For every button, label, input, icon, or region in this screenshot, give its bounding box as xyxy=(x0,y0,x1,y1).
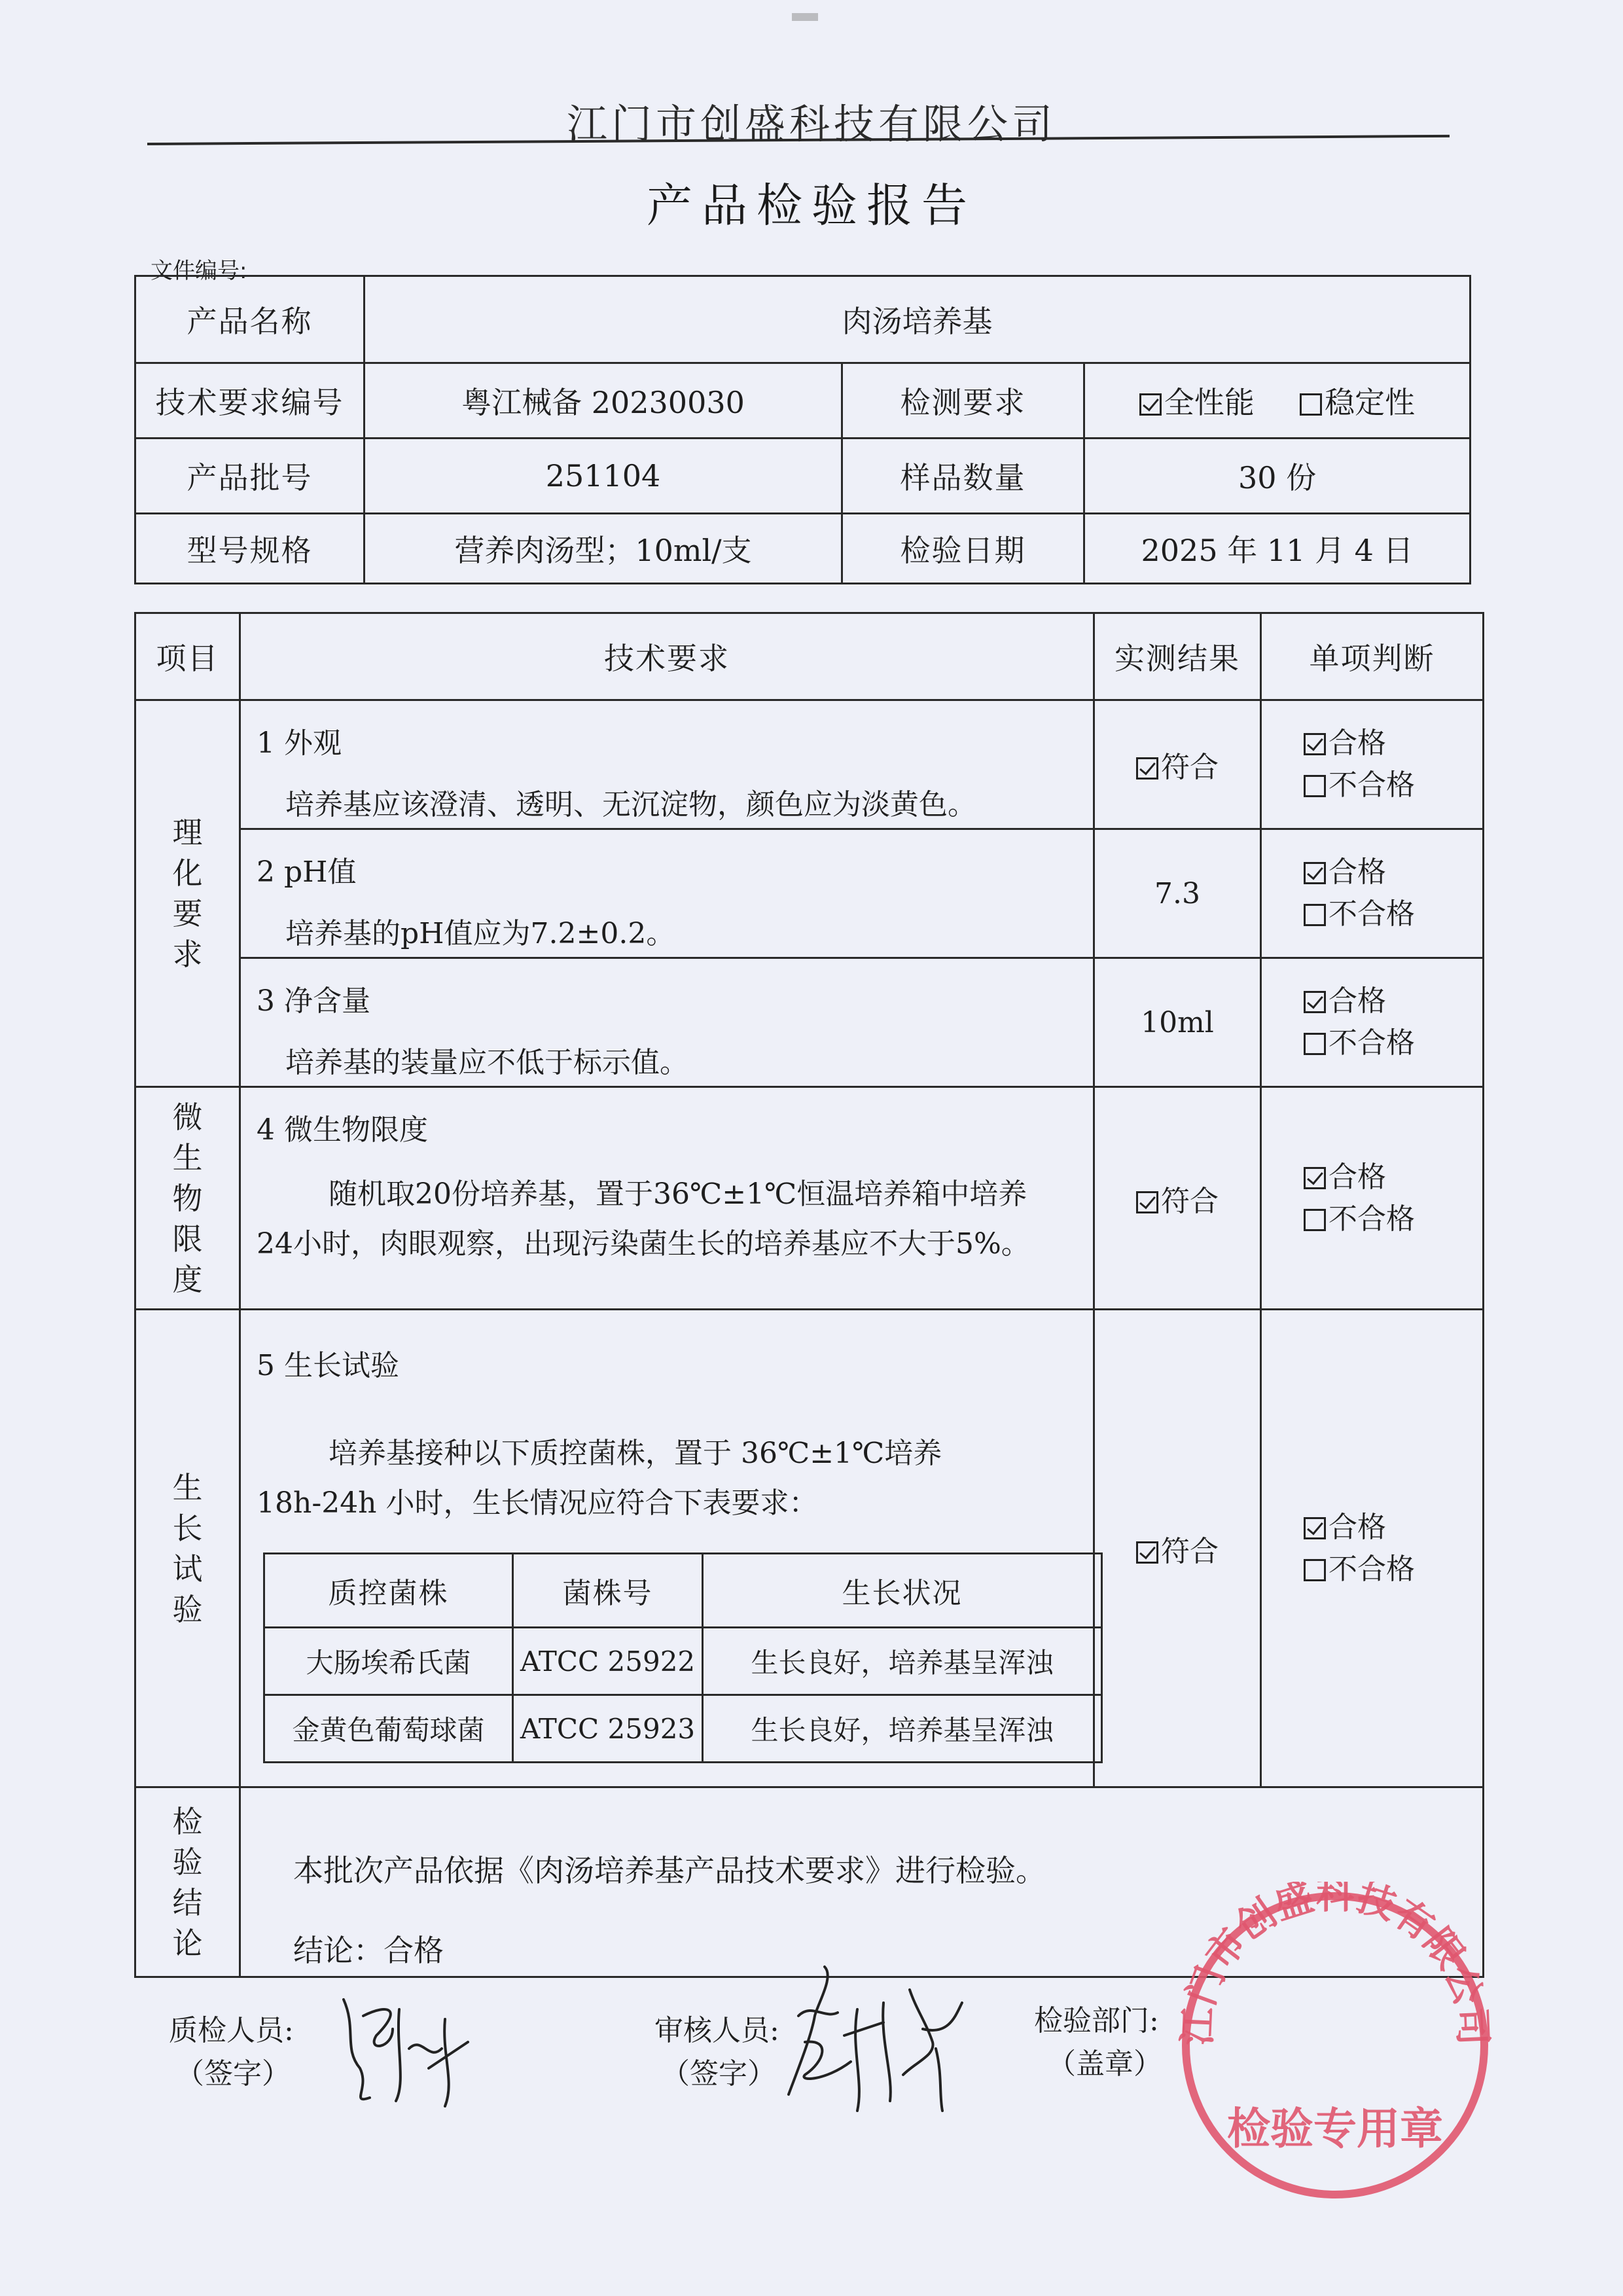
header-growth-status: 生长状况 xyxy=(703,1554,1102,1628)
requirement-appearance: 1 外观 培养基应该澄清、透明、无沉淀物，颜色应为淡黄色。 xyxy=(240,700,1094,829)
checkbox-empty-icon[interactable] xyxy=(1300,393,1322,416)
checkbox-checked-icon[interactable] xyxy=(1136,1191,1158,1213)
model-label: 型号规格 xyxy=(135,514,365,584)
judgement-microbial-limit: 合格 不合格 xyxy=(1261,1087,1484,1310)
result-appearance: 符合 xyxy=(1094,700,1261,829)
header-item: 项目 xyxy=(135,613,240,700)
checkbox-checked-icon[interactable] xyxy=(1139,393,1162,416)
checkbox-checked-icon[interactable] xyxy=(1304,1167,1326,1189)
row-tech-req: 技术要求编号 粤江械备 20230030 检测要求 全性能 稳定性 xyxy=(135,363,1471,439)
checkbox-checked-icon[interactable] xyxy=(1136,757,1158,780)
result-growth-test: 符合 xyxy=(1094,1310,1261,1787)
checkbox-checked-icon[interactable] xyxy=(1136,1541,1158,1564)
result-microbial-limit: 符合 xyxy=(1094,1087,1261,1310)
checkbox-checked-icon[interactable] xyxy=(1304,862,1326,884)
department-label: 检验部门: xyxy=(1034,2000,1162,2043)
option-full-performance[interactable]: 全性能 xyxy=(1139,385,1255,420)
strain-row: 金黄色葡萄球菌 ATCC 25923 生长良好，培养基呈浑浊 xyxy=(264,1695,1102,1763)
batch-no-label: 产品批号 xyxy=(135,439,365,514)
category-microbial-limit: 微生物限度 xyxy=(135,1087,240,1310)
model-value: 营养肉汤型；10ml/支 xyxy=(365,514,842,584)
test-req-options: 全性能 稳定性 xyxy=(1084,363,1471,439)
header-judgement: 单项判断 xyxy=(1261,613,1484,700)
inspector-label: 质检人员: xyxy=(169,2009,294,2053)
test-date-label: 检验日期 xyxy=(842,514,1084,584)
test-req-label: 检测要求 xyxy=(842,363,1084,439)
row-batch: 产品批号 251104 样品数量 30 份 xyxy=(135,439,1471,514)
strain-growth: 生长良好，培养基呈浑浊 xyxy=(703,1628,1102,1695)
strain-name: 大肠埃希氏菌 xyxy=(264,1628,513,1695)
department-stamp-block: 检验部门: （盖章） xyxy=(1034,2000,1162,2086)
row-product-name: 产品名称 肉汤培养基 xyxy=(135,276,1471,363)
strain-growth: 生长良好，培养基呈浑浊 xyxy=(703,1695,1102,1763)
scan-artifact xyxy=(792,13,818,21)
test-date-value: 2025 年 11 月 4 日 xyxy=(1084,514,1471,584)
requirement-ph: 2 pH值 培养基的pH值应为7.2±0.2。 xyxy=(240,829,1094,958)
judgement-net-content: 合格 不合格 xyxy=(1261,958,1484,1087)
reviewer-sign-note: （签字） xyxy=(654,2053,779,2096)
strain-header-row: 质控菌株 菌株号 生长状况 xyxy=(264,1554,1102,1628)
requirement-microbial-limit: 4 微生物限度 随机取20份培养基，置于36℃±1℃恒温培养箱中培养 24小时，… xyxy=(240,1087,1094,1310)
inspector-signature-block: 质检人员: （签字） xyxy=(169,2009,294,2096)
option-stability[interactable]: 稳定性 xyxy=(1300,385,1415,420)
category-growth-test: 生长试验 xyxy=(135,1310,240,1787)
checkbox-empty-icon[interactable] xyxy=(1304,1209,1326,1231)
strain-no: ATCC 25923 xyxy=(513,1695,703,1763)
sample-qty-value: 30 份 xyxy=(1084,439,1471,514)
result-ph: 7.3 xyxy=(1094,829,1261,958)
reviewer-label: 审核人员: xyxy=(654,2009,779,2053)
header-strain-no: 菌株号 xyxy=(513,1554,703,1628)
inspection-results-table: 项目 技术要求 实测结果 单项判断 理化要求 1 外观 培养基应该澄清、透明、无… xyxy=(134,612,1484,1978)
product-info-table: 产品名称 肉汤培养基 技术要求编号 粤江械备 20230030 检测要求 全性能… xyxy=(134,275,1471,584)
strain-row: 大肠埃希氏菌 ATCC 25922 生长良好，培养基呈浑浊 xyxy=(264,1628,1102,1695)
checkbox-checked-icon[interactable] xyxy=(1304,733,1326,755)
checkbox-empty-icon[interactable] xyxy=(1304,904,1326,926)
checkbox-empty-icon[interactable] xyxy=(1304,1559,1326,1581)
checkbox-empty-icon[interactable] xyxy=(1304,1033,1326,1055)
tech-req-no-value: 粤江械备 20230030 xyxy=(365,363,842,439)
inspection-seal-stamp-icon: 江门市创盛科技有限公司 检验专用章 xyxy=(1171,1882,1499,2209)
svg-text:检验专用章: 检验专用章 xyxy=(1227,2104,1443,2154)
table-row: 微生物限度 4 微生物限度 随机取20份培养基，置于36℃±1℃恒温培养箱中培养… xyxy=(135,1087,1484,1310)
judgement-growth-test: 合格 不合格 xyxy=(1261,1310,1484,1787)
department-stamp-note: （盖章） xyxy=(1034,2043,1162,2086)
reviewer-signature-icon xyxy=(785,1964,1001,2114)
checkbox-checked-icon[interactable] xyxy=(1304,1517,1326,1539)
product-name-value: 肉汤培养基 xyxy=(365,276,1471,363)
inspector-signature-icon xyxy=(330,1990,501,2108)
judgement-ph: 合格 不合格 xyxy=(1261,829,1484,958)
inspector-sign-note: （签字） xyxy=(169,2053,294,2096)
judgement-appearance: 合格 不合格 xyxy=(1261,700,1484,829)
checkbox-checked-icon[interactable] xyxy=(1304,991,1326,1013)
table-row: 3 净含量 培养基的装量应不低于标示值。 10ml 合格 不合格 xyxy=(135,958,1484,1087)
header-qc-strain: 质控菌株 xyxy=(264,1554,513,1628)
table-row: 理化要求 1 外观 培养基应该澄清、透明、无沉淀物，颜色应为淡黄色。 符合 合格… xyxy=(135,700,1484,829)
header-tech-req: 技术要求 xyxy=(240,613,1094,700)
report-title: 产品检验报告 xyxy=(0,169,1623,235)
tech-req-no-label: 技术要求编号 xyxy=(135,363,365,439)
strain-name: 金黄色葡萄球菌 xyxy=(264,1695,513,1763)
category-physicochemical: 理化要求 xyxy=(135,700,240,1087)
row-model: 型号规格 营养肉汤型；10ml/支 检验日期 2025 年 11 月 4 日 xyxy=(135,514,1471,584)
qc-strain-table: 质控菌株 菌株号 生长状况 大肠埃希氏菌 ATCC 25922 生长良好，培养基… xyxy=(263,1552,1103,1763)
product-name-label: 产品名称 xyxy=(135,276,365,363)
batch-no-value: 251104 xyxy=(365,439,842,514)
strain-no: ATCC 25922 xyxy=(513,1628,703,1695)
checkbox-empty-icon[interactable] xyxy=(1304,775,1326,797)
svg-text:江门市创盛科技有限公司: 江门市创盛科技有限公司 xyxy=(1175,1882,1495,2046)
reviewer-signature-block: 审核人员: （签字） xyxy=(654,2009,779,2096)
table-row: 2 pH值 培养基的pH值应为7.2±0.2。 7.3 合格 不合格 xyxy=(135,829,1484,958)
header-measured-result: 实测结果 xyxy=(1094,613,1261,700)
requirement-net-content: 3 净含量 培养基的装量应不低于标示值。 xyxy=(240,958,1094,1087)
category-conclusion: 检验结论 xyxy=(135,1787,240,1977)
sample-qty-label: 样品数量 xyxy=(842,439,1084,514)
requirement-growth-test: 5 生长试验 培养基接种以下质控菌株，置于 36℃±1℃培养 18h-24h 小… xyxy=(240,1310,1094,1787)
results-header-row: 项目 技术要求 实测结果 单项判断 xyxy=(135,613,1484,700)
table-row: 生长试验 5 生长试验 培养基接种以下质控菌株，置于 36℃±1℃培养 18h-… xyxy=(135,1310,1484,1787)
result-net-content: 10ml xyxy=(1094,958,1261,1087)
